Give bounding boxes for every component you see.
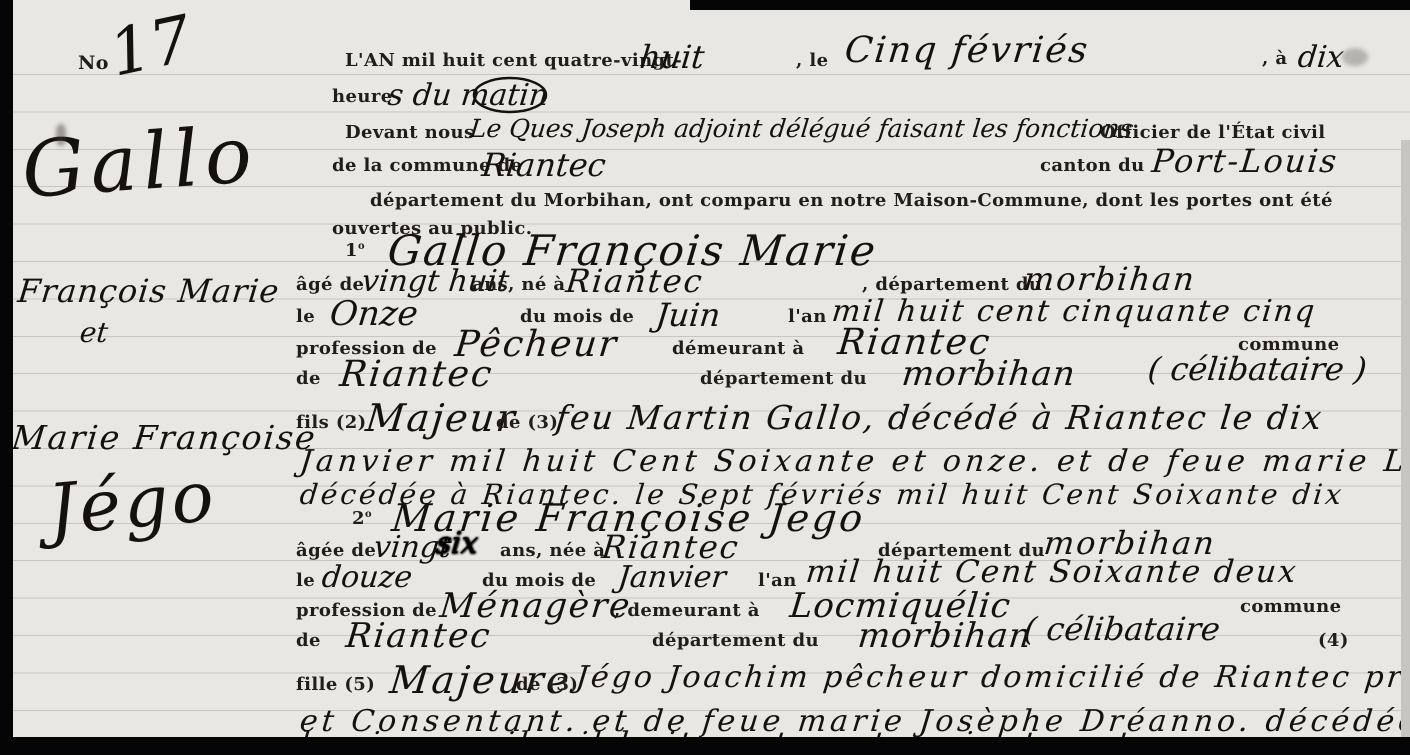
scan-border-top	[690, 0, 1410, 10]
bride-item-number: 2o	[352, 508, 372, 529]
groom-father-hand: feu Martin Gallo, décédé à Riantec le di…	[554, 398, 1325, 437]
record-number-value: 17	[103, 2, 198, 91]
margin-groom-given-names: François Marie	[16, 272, 282, 310]
groom-age-label-printed: âgé de	[296, 274, 364, 295]
a-printed: , à	[1262, 48, 1287, 69]
groom-departement2-label-printed: département du	[700, 368, 867, 389]
year-preamble-printed: L'AN mil huit cent quatre-vingt-	[345, 50, 682, 71]
bride-born-label-printed: ans, née à	[500, 540, 605, 561]
bride-de-printed: de	[296, 630, 321, 651]
scan-edge-shadow	[1401, 140, 1410, 740]
bride-departement2-hand: morbihan	[856, 616, 1034, 656]
groom-item-number: 1o	[345, 240, 365, 261]
groom-born-label-printed: ans, né à	[472, 274, 566, 295]
bride-departement2-label-printed: département du	[652, 630, 819, 651]
groom-departement-label-printed: , département du	[862, 274, 1042, 295]
groom-birthyear-label-printed: l'an	[788, 306, 827, 327]
bride-age-correction-hand: six	[434, 526, 480, 561]
bride-residence-label-printed: , demeurant à	[614, 600, 760, 621]
fille-label-printed: fille (5)	[296, 674, 375, 695]
de3b-label-printed: de (3)	[516, 674, 578, 695]
bride-age-label-printed: âgée de	[296, 540, 376, 561]
groom-de-printed: de	[296, 368, 321, 389]
departement-preamble-printed: département du Morbihan, ont comparu en …	[370, 190, 1333, 211]
bride-commune-hand: Riantec	[344, 616, 494, 656]
groom-birthday-le-printed: le	[296, 306, 315, 327]
groom-departement-hand: morbihan	[1022, 260, 1198, 298]
devant-nous-printed: Devant nous	[345, 122, 475, 143]
de3-label-printed: de (3)	[496, 412, 558, 433]
margin-groom-surname: Gallo	[19, 110, 260, 216]
canton-label-printed: canton du	[1040, 155, 1145, 176]
fils-label-printed: fils (2)	[296, 412, 367, 433]
bride-birthday-hand: douze	[320, 560, 414, 595]
groom-father-death-hand: Janvier mil huit Cent Soixante et onze. …	[298, 444, 1410, 479]
groom-birthday-hand: Onze	[328, 294, 420, 334]
hour-value-hand: dix	[1296, 40, 1345, 75]
ink-mark	[56, 124, 66, 146]
le-printed: , le	[796, 50, 828, 71]
registry-document-scan: No 17 Gallo François Marie et Marie Fran…	[0, 0, 1410, 755]
paper-smudge	[1342, 48, 1368, 66]
officer-title-printed: Officier de l'État civil	[1100, 122, 1325, 143]
groom-birthplace-hand: Riantec	[564, 262, 706, 300]
scan-border-bottom	[0, 737, 1410, 755]
groom-departement2-hand: morbihan	[900, 354, 1078, 394]
canton-value-hand: Port-Louis	[1150, 142, 1340, 180]
scan-border-left	[0, 0, 13, 755]
margin-bride-surname: Jégo	[45, 455, 220, 551]
bride-birthday-le-printed: le	[296, 570, 315, 591]
groom-commune-hand: Riantec	[338, 354, 496, 395]
time-of-day-hand: s du matin	[386, 78, 550, 113]
margin-conjunction: et	[78, 316, 109, 349]
footnote-4-printed: (4)	[1318, 630, 1349, 651]
officiant-name-hand: Le Ques Joseph adjoint délégué faisant l…	[468, 114, 1134, 143]
record-number-label: No	[78, 52, 109, 74]
bride-birthyear-hand: mil huit Cent Soixante deux	[804, 554, 1299, 590]
date-value-hand: Cinq févriés	[843, 30, 1092, 71]
groom-birthmonth-hand: Juin	[654, 296, 722, 334]
bride-commune-label-printed: commune	[1240, 596, 1341, 617]
commune-value-hand: Riantec	[480, 146, 608, 184]
hour-label-printed: heure	[332, 86, 393, 107]
bride-father-hand: Jégo Joachim pêcheur domicilié de Riante…	[574, 660, 1410, 695]
year-value-hand: huit	[638, 38, 706, 76]
margin-bride-given-names: Marie Françoise	[10, 418, 319, 457]
bride-marital-status-hand: ( célibataire	[1022, 610, 1222, 648]
groom-residence-label-printed: démeurant à	[672, 338, 805, 359]
groom-marital-status-hand: ( célibataire )	[1146, 350, 1369, 388]
